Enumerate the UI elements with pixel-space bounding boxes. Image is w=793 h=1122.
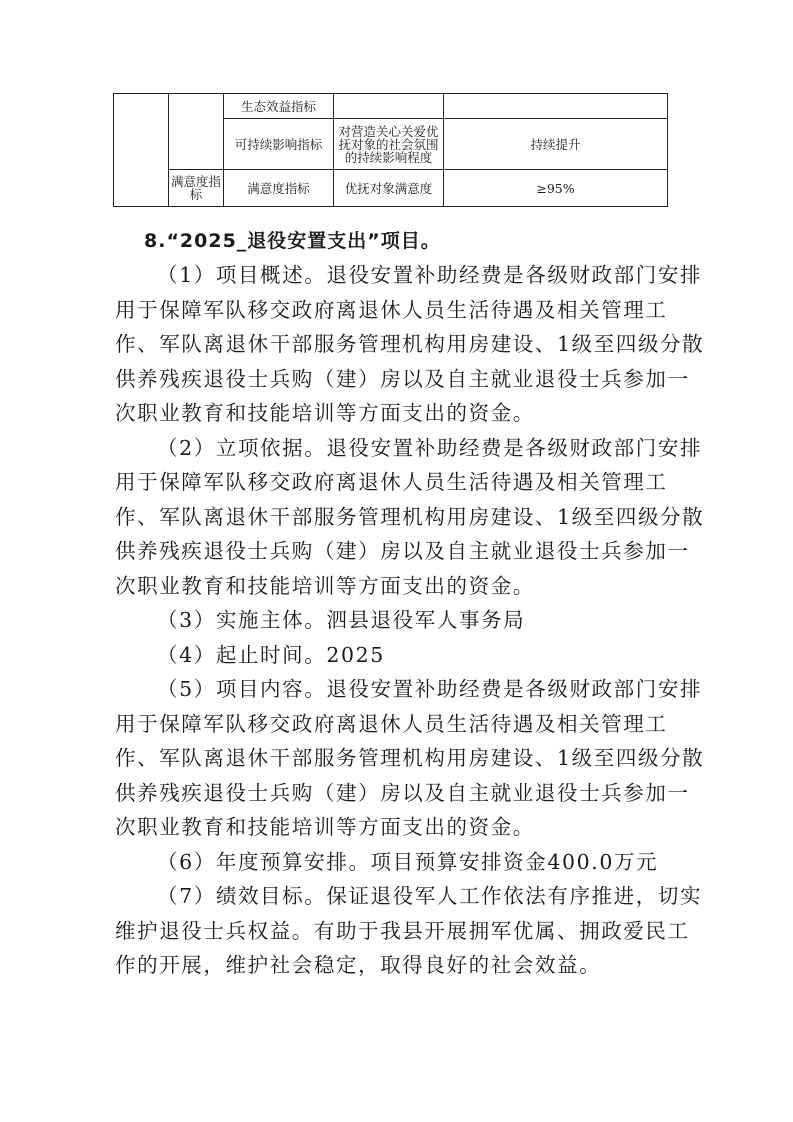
paragraph-line: 用于保障军队移交政府离退休人员生活待遇及相关管理工 — [115, 293, 685, 328]
paragraph-line: （7）绩效目标。保证退役军人工作依法有序推进，切实 — [115, 879, 685, 914]
table-cell-indicator: 生态效益指标 — [224, 94, 334, 119]
performance-indicator-table: 生态效益指标 可持续影响指标 对营造关心关爱优抚对象的社会氛围的持续影响程度 持… — [113, 93, 668, 207]
section-heading: 8.“2025_退役安置支出”项目。 — [144, 226, 441, 253]
paragraph-line: （5）项目内容。退役安置补助经费是各级财政部门安排 — [115, 672, 685, 707]
table-cell-level2: 满意度指标 — [169, 170, 224, 207]
table-cell-item: 对营造关心关爱优抚对象的社会氛围的持续影响程度 — [334, 119, 444, 170]
paragraph-line: （4）起止时间。2025 — [115, 638, 685, 673]
paragraph-line: 作、军队离退休干部服务管理机构用房建设、1级至四级分散 — [115, 500, 685, 535]
paragraph-line: （3）实施主体。泗县退役军人事务局 — [115, 603, 685, 638]
paragraph-line: （2）立项依据。退役安置补助经费是各级财政部门安排 — [115, 431, 685, 466]
table-row: 生态效益指标 — [114, 94, 668, 119]
table-cell-indicator: 可持续影响指标 — [224, 119, 334, 170]
table-cell-target — [444, 94, 668, 119]
paragraph-line: 次职业教育和技能培训等方面支出的资金。 — [115, 396, 685, 431]
paragraph-line: 供养残疾退役士兵购（建）房以及自主就业退役士兵参加一 — [115, 534, 685, 569]
table-cell-target: 持续提升 — [444, 119, 668, 170]
table-cell-level1 — [114, 94, 169, 207]
table-cell-indicator: 满意度指标 — [224, 170, 334, 207]
paragraph-line: 作、军队离退休干部服务管理机构用房建设、1级至四级分散 — [115, 327, 685, 362]
paragraph-line: 作、军队离退休干部服务管理机构用房建设、1级至四级分散 — [115, 741, 685, 776]
paragraph-line: 次职业教育和技能培训等方面支出的资金。 — [115, 569, 685, 604]
table-cell-level2 — [169, 94, 224, 170]
paragraph-line: 维护退役士兵权益。有助于我县开展拥军优属、拥政爱民工 — [115, 914, 685, 949]
paragraph-line: 供养残疾退役士兵购（建）房以及自主就业退役士兵参加一 — [115, 362, 685, 397]
table-cell-item — [334, 94, 444, 119]
table-cell-target: ≥95% — [444, 170, 668, 207]
table-row: 满意度指标 满意度指标 优抚对象满意度 ≥95% — [114, 170, 668, 207]
paragraph-line: （1）项目概述。退役安置补助经费是各级财政部门安排 — [115, 258, 685, 293]
paragraph-line: 供养残疾退役士兵购（建）房以及自主就业退役士兵参加一 — [115, 776, 685, 811]
paragraph-line: 用于保障军队移交政府离退休人员生活待遇及相关管理工 — [115, 465, 685, 500]
section-body: （1）项目概述。退役安置补助经费是各级财政部门安排 用于保障军队移交政府离退休人… — [115, 258, 685, 983]
paragraph-line: （6）年度预算安排。项目预算安排资金400.0万元 — [115, 845, 685, 880]
paragraph-line: 作的开展，维护社会稳定，取得良好的社会效益。 — [115, 948, 685, 983]
paragraph-line: 用于保障军队移交政府离退休人员生活待遇及相关管理工 — [115, 707, 685, 742]
table-cell-item: 优抚对象满意度 — [334, 170, 444, 207]
paragraph-line: 次职业教育和技能培训等方面支出的资金。 — [115, 810, 685, 845]
